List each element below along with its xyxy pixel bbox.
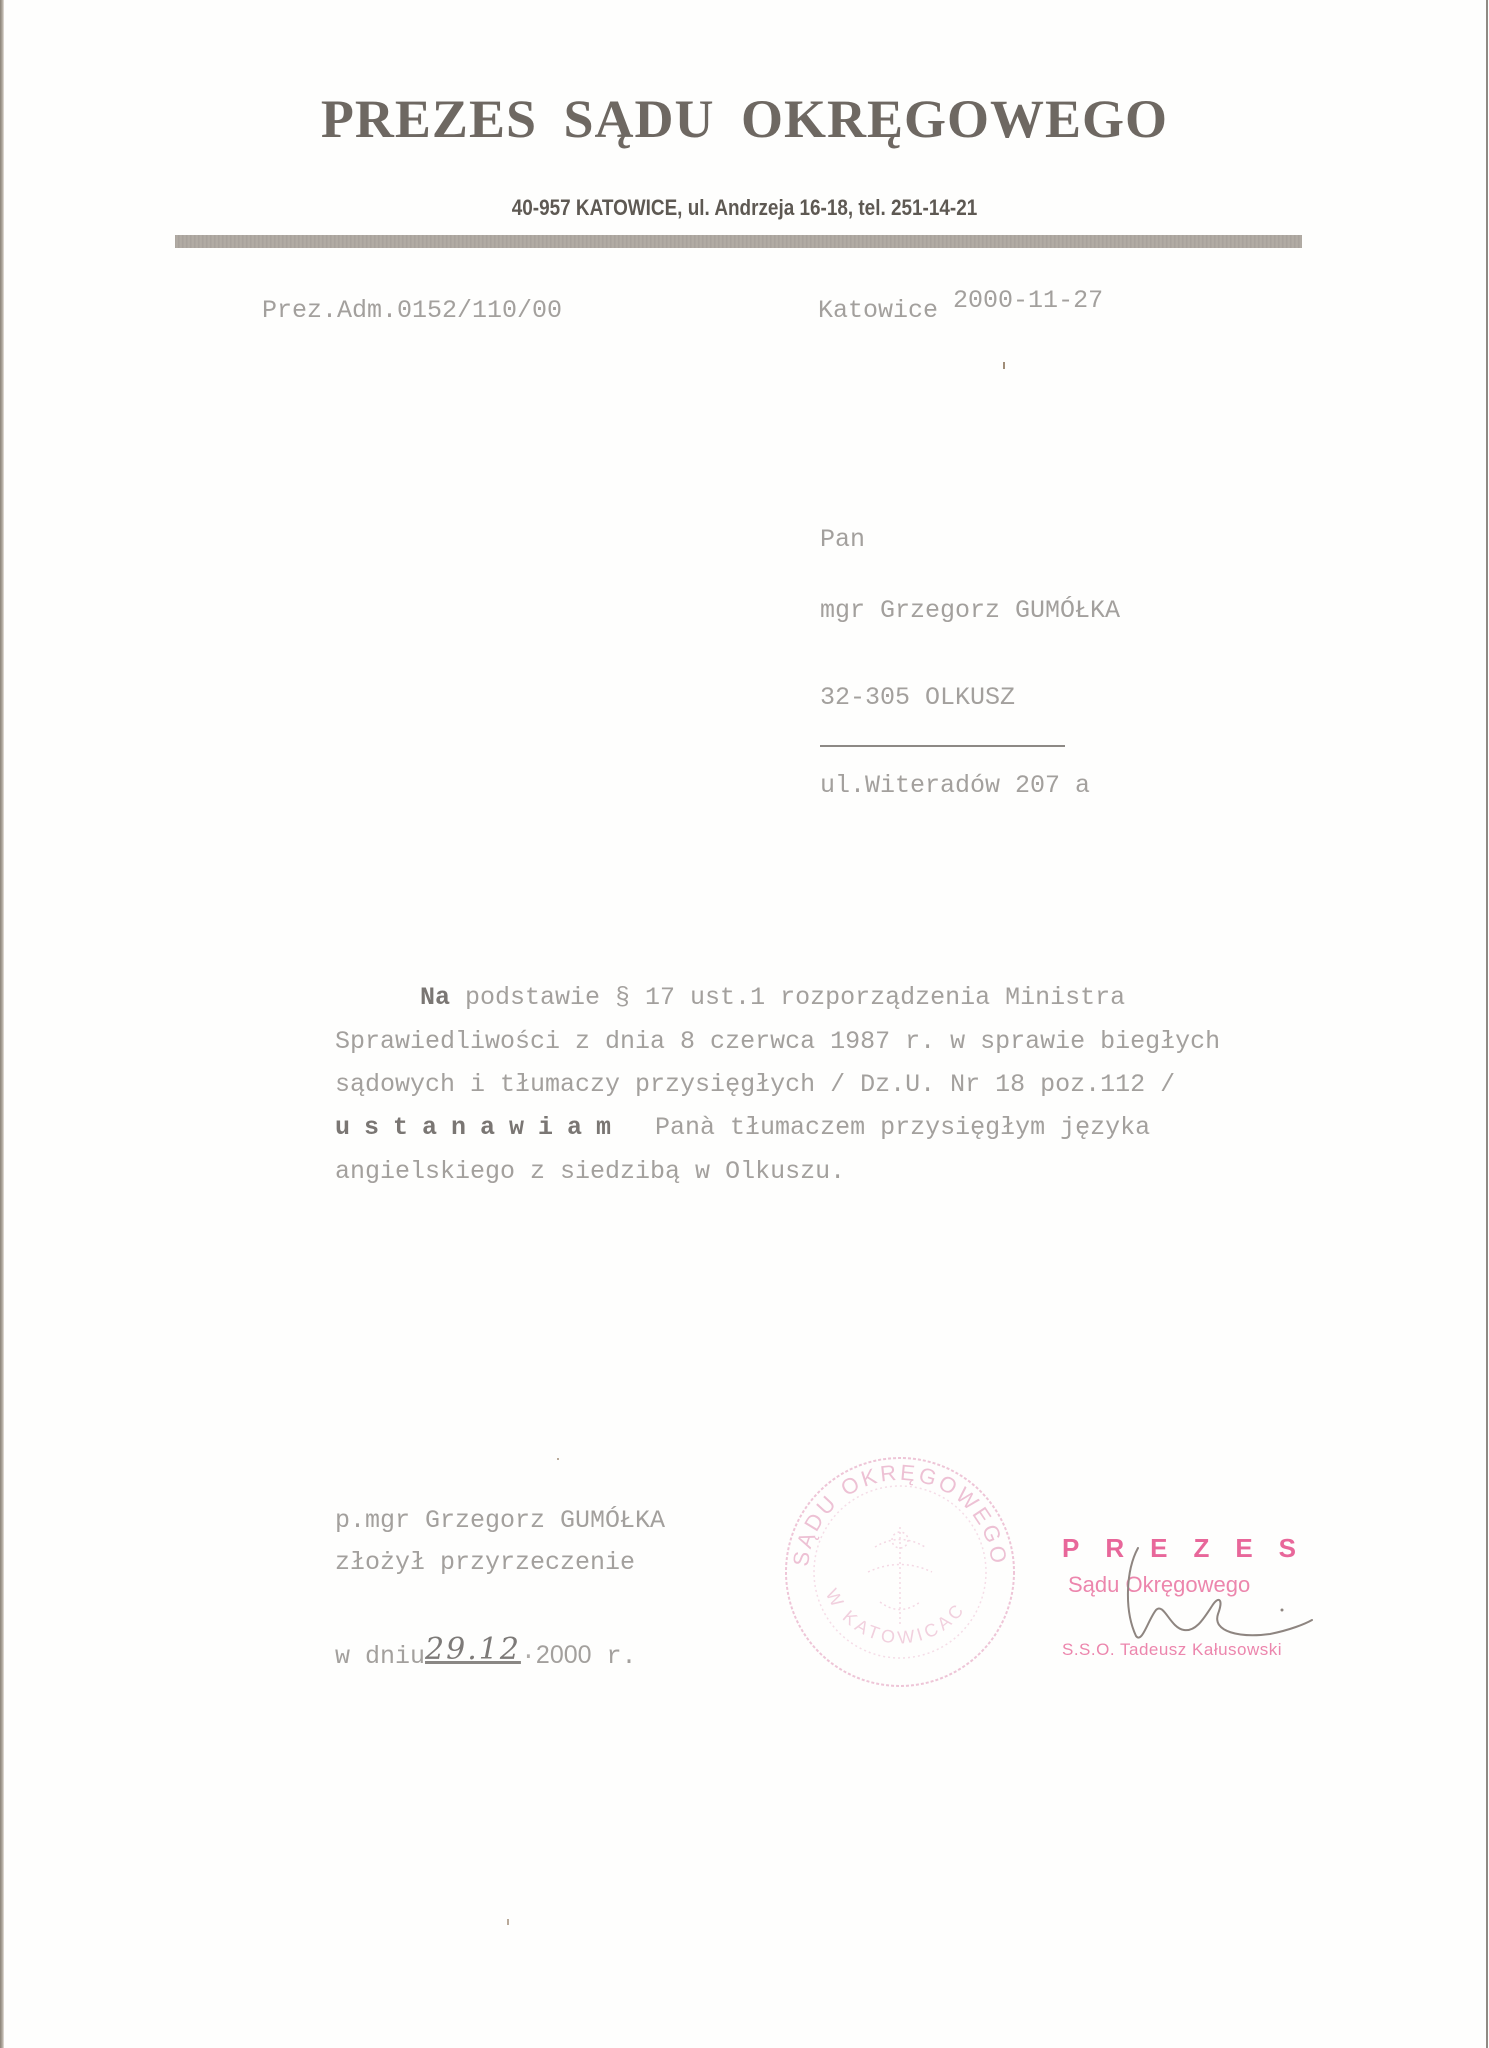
scan-speck <box>507 1919 509 1925</box>
scan-edge-right <box>1486 0 1488 2048</box>
body-line-1-rest: podstawie § 17 ust.1 rozporządzenia Mini… <box>450 983 1125 1012</box>
oath-year: 2000 <box>536 1641 592 1669</box>
signature-icon <box>1100 1540 1320 1650</box>
body-line-5: angielskiego z siedzibą w Olkuszu. <box>335 1157 845 1186</box>
letterhead-address: 40-957 KATOWICE, ul. Andrzeja 16-18, tel… <box>104 195 1385 221</box>
oath-name-prefix: p.mgr Grzegorz <box>335 1506 560 1535</box>
body-keyword: ustanawiam <box>335 1113 625 1142</box>
court-seal-icon: SĄDU OKRĘGOWEGO W KATOWICACH <box>780 1452 1020 1692</box>
reference-number: Prez.Adm.0152/110/00 <box>262 296 562 325</box>
scan-speck <box>557 1458 559 1460</box>
recipient-surname: GUMÓŁKA <box>1015 596 1120 625</box>
recipient-street: ul.Witeradów 207 a <box>820 771 1090 800</box>
ink-mark <box>1003 362 1005 369</box>
handwritten-date: 29.12 <box>425 1632 521 1667</box>
body-line-3: sądowych i tłumaczy przysięgłych / Dz.U.… <box>335 1070 1175 1099</box>
oath-date-prefix: w dniu <box>335 1642 425 1671</box>
recipient-salutation: Pan <box>820 525 865 554</box>
date: 2000-11-27 <box>953 286 1103 315</box>
place: Katowice <box>818 296 938 325</box>
body-line-1: Na podstawie § 17 ust.1 rozporządzenia M… <box>420 983 1125 1012</box>
oath-suffix: r. <box>592 1642 637 1671</box>
recipient-name: mgr Grzegorz GUMÓŁKA <box>820 596 1120 625</box>
body-line-4-rest: Panà tłumaczem przysięgłym języka <box>625 1113 1150 1142</box>
recipient-name-prefix: mgr Grzegorz <box>820 596 1015 625</box>
letterhead-divider <box>175 235 1302 248</box>
oath-line-1: p.mgr Grzegorz GUMÓŁKA <box>335 1506 665 1535</box>
document-page: PREZES SĄDU OKRĘGOWEGO 40-957 KATOWICE, … <box>0 0 1489 2048</box>
body-line-1-start: Na <box>420 983 450 1012</box>
letterhead-title: PREZES SĄDU OKRĘGOWEGO <box>0 88 1489 150</box>
oath-line-2: złożył przyrzeczenie <box>335 1548 635 1577</box>
oath-line-3: w dniu29.12·2000 r. <box>335 1636 637 1671</box>
body-line-2: Sprawiedliwości z dnia 8 czerwca 1987 r.… <box>335 1027 1220 1056</box>
recipient-postal-city: 32-305 OLKUSZ <box>820 683 1015 712</box>
place-date: Katowice 2000-11-27 <box>818 296 1103 325</box>
oath-surname: GUMÓŁKA <box>560 1506 665 1535</box>
svg-text:SĄDU OKRĘGOWEGO: SĄDU OKRĘGOWEGO <box>788 1460 1012 1568</box>
scan-edge-left <box>0 0 4 2048</box>
body-line-4: ustanawiam Panà tłumaczem przysięgłym ję… <box>335 1113 1150 1142</box>
recipient-underline <box>820 745 1065 747</box>
